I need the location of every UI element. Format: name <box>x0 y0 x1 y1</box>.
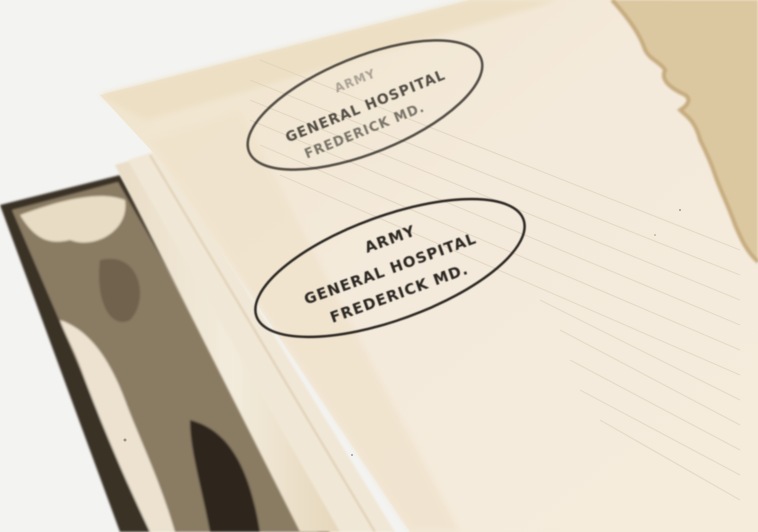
photo-scene: ARMY GENERAL HOSPITAL FREDERICK MD. ARMY… <box>0 0 758 532</box>
book-photo: ARMY GENERAL HOSPITAL FREDERICK MD. ARMY… <box>0 0 758 532</box>
